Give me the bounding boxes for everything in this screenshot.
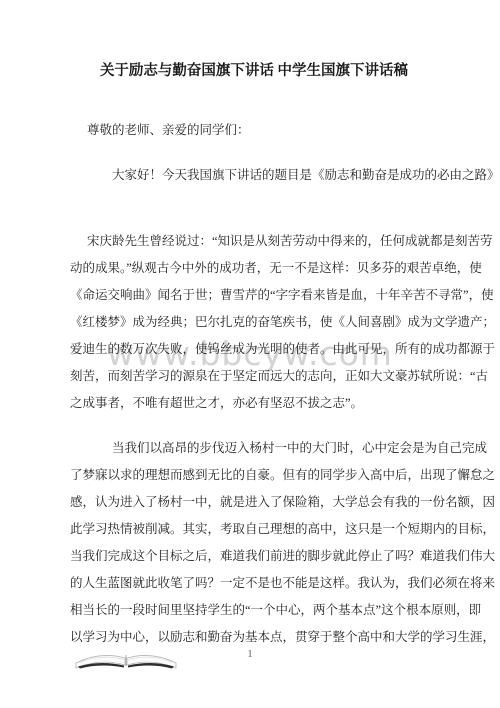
text-line: 此学习热情被削减。其实，考取自己理想的高中，这只是一个短期内的目标，: [70, 516, 452, 543]
text-line: 当我们以高昂的步伐迈入杨村一中的大门时，心中定会是为自己完成: [70, 435, 452, 462]
paragraph-opening: 大家好！今天我国旗下讲话的题目是《励志和勤奋是成功的必由之路》: [70, 162, 452, 189]
document-body: 关于励志与勤奋国旗下讲话 中学生国旗下讲话稿 尊敬的老师、亲爱的同学们： 大家好…: [0, 0, 500, 651]
text-line: 爱迪生的数万次失败，使钨丝成为光明的使者。由此可见，所有的成功都源于: [70, 336, 452, 363]
text-line: 感，认为进入了杨村一中，就是进入了保险箱，大学总会有我的一份名额，因: [70, 489, 452, 516]
text-line: 动的成果。”纵观古今中外的成功者，无一不是这样：贝多芬的艰苦卓绝，使: [70, 255, 452, 282]
document-page: www.bbcyw.com 关于励志与勤奋国旗下讲话 中学生国旗下讲话稿 尊敬的…: [0, 0, 500, 708]
text-line: 刻苦，而刻苦学习的源泉在于坚定而远大的志向，正如大文豪苏轼所说：“古: [70, 363, 452, 390]
document-title: 关于励志与勤奋国旗下讲话 中学生国旗下讲话稿: [56, 60, 452, 82]
text-line: 《红楼梦》成为经典；巴尔扎克的奋笔疾书，使《人间喜剧》成为文学遗产；: [70, 309, 452, 336]
paragraph-quotes: 宋庆龄先生曾经说过：“知识是从刻苦劳动中得来的，任何成就都是刻苦劳 动的成果。”…: [70, 228, 452, 417]
text-line: 之成事者，不唯有超世之才，亦必有坚忍不拔之志”。: [70, 390, 452, 417]
text-line: 了梦寐以求的理想而感到无比的自豪。但有的同学步入高中后，出现了懈怠之: [70, 462, 452, 489]
text-line: 的人生蓝图就此收笔了吗？一定不是也不能是这样。我认为，我们必须在将来: [70, 570, 452, 597]
page-number: 1: [0, 648, 500, 660]
text-line: 相当长的一段时间里坚持学生的“一个中心，两个基本点”这个根本原则，即: [70, 597, 452, 624]
text-line: 宋庆龄先生曾经说过：“知识是从刻苦劳动中得来的，任何成就都是刻苦劳: [70, 228, 452, 255]
paragraph-greeting: 尊敬的老师、亲爱的同学们：: [70, 117, 452, 144]
text-line: 《命运交响曲》闻名于世；曹雪芹的“字字看来皆是血，十年辛苦不寻常”，使: [70, 282, 452, 309]
text-line: 当我们完成这个目标之后，难道我们前进的脚步就此停止了吗？难道我们伟大: [70, 543, 452, 570]
paragraph-school: 当我们以高昂的步伐迈入杨村一中的大门时，心中定会是为自己完成 了梦寐以求的理想而…: [70, 435, 452, 651]
